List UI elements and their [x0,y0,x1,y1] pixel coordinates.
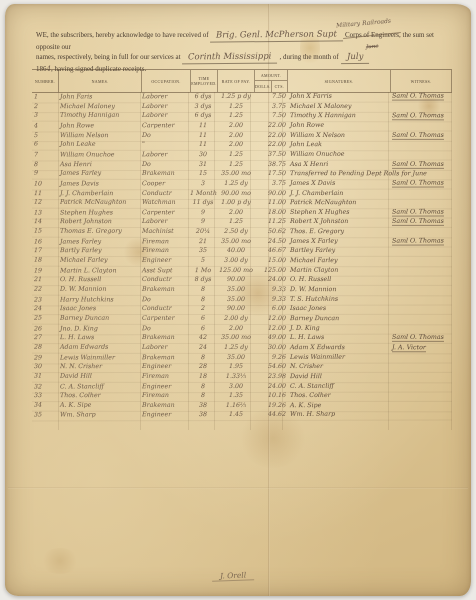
row-rate: 1.00 p dy [218,198,254,208]
row-no: 33 [34,391,58,401]
row-name: N. N. Crisher [60,362,142,372]
row-time: 38 [190,401,216,411]
row-signature: Thos. E. Gregory [290,227,398,237]
row-time: 28 [190,362,216,372]
row-rate: 90.00 [218,275,254,285]
row-occupation: Engineer [142,362,190,372]
row-signature: Patrick McNaughton [290,198,398,208]
row-signature: L. H. Laws [290,333,398,343]
row-occupation: Fireman [142,246,190,256]
row-occupation: Laborer [142,343,190,353]
row-signature: Robert X Johnston [290,217,398,227]
row-time: 24 [190,343,216,353]
row-amount: 9.33 [254,285,286,295]
row-signature: David Hill [290,372,398,382]
row-amount: 22.00 [254,140,286,150]
row-signature: Stephen X Hughes [290,207,398,217]
row-signature: Lewis Wainmiller [290,352,398,362]
row-time: 9 [190,208,216,218]
col-header-witness: WITNESS. [390,70,452,92]
row-time: 18 [190,372,216,382]
col-header-signatures: SIGNATURES. [287,70,390,92]
row-amount: 12.00 [254,323,286,333]
row-time: 8 [190,353,216,363]
col-header-occupation: OCCUPATION. [141,70,190,92]
row-amount: 10.16 [254,391,286,401]
row-occupation: Conductr [142,304,190,314]
row-signature: Martin Clayton [290,265,398,275]
row-time: 15 [190,169,216,179]
horizontal-fold-crease [8,487,468,489]
row-name: Timothy Hannigan [60,111,142,121]
col-header-rate: RATE OF PAY. [217,70,254,92]
row-no: 35 [34,411,58,421]
row-signature: Isaac Jones [290,304,398,314]
row-time: 8 dys [190,275,216,285]
row-name: Patrick McNaughton [60,198,142,208]
row-time: 2 [190,304,216,314]
row-amount: 3.75 [254,102,286,112]
row-no: 24 [34,304,58,314]
row-signature: Michael X Maloney [290,102,398,112]
row-occupation: Brakeman [142,169,190,179]
row-amount: 49.00 [254,333,286,343]
row-amount: 50.62 [254,227,286,237]
row-time: 5 [190,256,216,266]
row-witness: Saml O. Thomas [392,178,454,188]
row-rate: 90.00 [218,304,254,314]
row-amount: 6.00 [254,304,286,314]
row-rate: 35.00 mo [218,333,254,343]
row-signature: John X Farris [290,92,398,102]
row-rate: 2.50 dy [218,227,254,237]
row-no: 34 [34,400,58,410]
row-amount: 7.50 [254,92,286,102]
row-occupation: " [142,140,190,150]
row-name: Robert Johnston [60,217,142,227]
row-rate: 1.25 dy [218,343,254,353]
row-amount: 125.00 [254,266,286,276]
amount-label: AMOUNT. [255,70,287,81]
row-time: 21 [190,237,216,247]
dolls-label: DOLLS. [255,81,271,92]
row-witness: Saml O. Thomas [392,217,454,227]
row-amount: 54.60 [254,362,286,372]
row-amount: 22.00 [254,131,286,141]
row-signature: J. J. Chamberlain [290,188,398,198]
row-name: C. A. Stancliff [60,382,142,392]
row-signature: Transferred to Pending Dept Rolls for Ju… [290,169,398,179]
row-signature: John Rowe [290,121,398,131]
row-amount: 9.26 [254,352,286,362]
row-time: 9 [190,217,216,227]
row-name: Bartly Farley [60,246,142,256]
row-time: 38 [190,411,216,421]
row-signature: Thos. Colher [290,391,398,401]
table-header-row: NUMBER. NAMES. OCCUPATION. TIME EMPLOYED… [32,69,452,93]
row-time: 11 [190,121,216,131]
row-amount: 30.00 [254,343,286,353]
row-amount: 24.50 [254,237,286,247]
row-amount: 38.75 [254,160,286,170]
row-signature: Barney Duncan [290,314,398,324]
footer-signature: J. Orell [212,570,254,581]
row-rate: 2.00 [218,208,254,218]
row-rate: 1.25 [218,160,254,170]
row-rate: 1.25 p dy [218,92,254,102]
row-rate: 1.25 [218,217,254,227]
row-amount: 11.00 [254,198,286,208]
cts-label: CTS. [271,81,287,92]
row-signature: James X Davis [290,178,398,188]
row-occupation: Brakeman [142,401,190,411]
row-name: James Farley [60,169,142,179]
row-occupation: Fireman [142,391,190,401]
row-rate: 35.00 [218,285,254,295]
row-no: 1 [34,92,58,102]
row-signature: T. S. Hutchkins [290,294,398,304]
row-witness: Saml O. Thomas [392,130,454,140]
row-time: 35 [190,246,216,256]
col-header-number: NUMBER. [32,70,58,92]
table-body: 1John FarisLaborer6 dys1.25 p dy7.50John… [32,92,452,432]
row-no: 9 [34,169,58,179]
row-signature: John Leak [290,140,398,150]
row-occupation: Fireman [142,372,190,382]
row-no: 28 [34,343,58,353]
row-time: 1 Mo [190,266,216,276]
row-no: 12 [34,198,58,208]
month-blank: July [340,52,369,64]
row-amount: 12.00 [254,314,286,324]
row-rate: 2.00 [218,121,254,131]
row-name: John Faris [60,92,142,102]
row-time: 11 dys [190,198,216,208]
row-no: 25 [34,314,58,324]
row-rate: 2.00 [218,140,254,150]
row-amount: 23.98 [254,372,286,382]
row-rate: 3.00 dy [218,256,254,266]
col-header-names: NAMES. [58,70,141,92]
col-header-time: TIME EMPLOYED. [190,70,217,92]
row-occupation: Engineer [142,382,190,392]
row-signature: James X Farley [290,236,398,246]
row-occupation: Do [142,160,190,170]
row-name: Barney Duncan [60,314,142,324]
row-occupation: Carpenter [142,314,190,324]
row-rate: 1.35 [218,391,254,401]
printed-text-struck: Corps of Engineers, [345,31,401,39]
row-no: 7 [34,150,58,160]
row-amount: 7.50 [254,111,286,121]
row-no: 18 [34,256,58,266]
row-rate: 125.00 mo [218,266,254,276]
place-blank: Corinth Mississippi [182,52,277,64]
row-no: 22 [34,285,58,295]
row-signature: N. Crisher [290,362,398,372]
row-name: John Rowe [60,121,142,131]
row-occupation: Engineer [142,411,190,421]
row-no: 3 [34,111,58,121]
row-occupation: Laborer [142,111,190,121]
row-time: 6 [190,314,216,324]
table-row: 35Wm. SharpEngineer381.4544.62Wm. H. Sha… [32,410,452,422]
row-time: 1 Month [190,189,216,199]
row-occupation: Laborer [142,150,190,160]
row-occupation: Brakeman [142,333,190,343]
row-amount: 90.00 [254,188,286,198]
row-occupation: Engineer [142,256,190,266]
row-name: O. H. Russell [60,275,142,285]
printed-text: WE, the subscribers, hereby acknowledge … [36,31,209,39]
row-signature: Michael Farley [290,256,398,266]
row-time: 30 [190,150,216,160]
row-occupation: Do [142,131,190,141]
row-witness: J. A. Victor [392,343,454,353]
row-time: 20¼ [190,227,216,237]
row-time: 3 dys [190,102,216,112]
row-occupation: Do [142,324,190,334]
row-signature: Bartley Farley [290,246,398,256]
row-time: 11 [190,131,216,141]
row-no: 10 [34,179,58,189]
row-rate: 1.25 [218,150,254,160]
row-no: 6 [34,140,58,150]
row-name: Michael Farley [60,256,142,266]
row-no: 27 [34,333,58,343]
row-signature: C. A. Stancliff [290,381,398,391]
row-signature: Adam X Edwards [290,343,398,353]
row-amount: 22.00 [254,121,286,131]
row-name: Isaac Jones [60,304,142,314]
row-amount: 46.67 [254,246,286,256]
row-rate: 90.00 mo [218,188,254,198]
row-occupation: Laborer [142,102,190,112]
row-occupation: Machinist [142,227,190,237]
row-amount: 11.25 [254,217,286,227]
row-time: 42 [190,333,216,343]
row-time: 8 [190,285,216,295]
row-occupation: Watchman [142,198,190,208]
row-signature: D. W. Mannion [290,285,398,295]
row-name: A. K. Sipe [60,401,142,411]
row-time: 31 [190,160,216,170]
row-signature: William Onuchoe [290,149,398,159]
printed-text: , during the month of [279,53,338,61]
row-rate: 1.16⅔ [218,401,254,411]
row-amount: 15.00 [254,256,286,266]
row-signature: J. D. King [290,323,398,333]
row-occupation: Do [142,295,190,305]
row-name: William Onuchoe [60,150,142,160]
row-no: 15 [34,227,58,237]
row-witness: Saml O. Thomas [392,333,454,343]
row-time: 11 [190,140,216,150]
row-occupation: Asst Supt [142,266,190,276]
row-time: 8 [190,382,216,392]
row-occupation: Conductr [142,189,190,199]
row-rate: 35.00 mo [218,237,254,247]
row-rate: 40.00 [218,246,254,256]
row-occupation: Carpenter [142,121,190,131]
row-occupation: Brakeman [142,285,190,295]
row-rate: 2.00 dy [218,314,254,324]
row-amount: 24.00 [254,275,286,285]
row-rate: 1.25 [218,111,254,121]
row-amount: 24.00 [254,381,286,391]
row-time: 6 dys [190,92,216,102]
row-amount: 17.50 [254,169,286,179]
row-name: Wm. Sharp [60,411,142,421]
row-rate: 1.25 [218,102,254,112]
col-header-amount: AMOUNT. DOLLS. CTS. [254,70,287,92]
row-no: 21 [34,275,58,285]
printed-text: names, respectively, being in full for o… [36,53,181,61]
form-header-text: WE, the subscribers, hereby acknowledge … [36,30,450,74]
row-name: James Davis [60,179,142,189]
row-rate: 3.00 [218,381,254,391]
row-amount: 9.33 [254,295,286,305]
row-amount: 3.75 [254,179,286,189]
row-rate: 2.00 [218,131,254,141]
row-rate: 1.25 dy [218,179,254,189]
row-name: J. J. Chamberlain [60,189,142,199]
row-name: Thomas E. Gregory [60,227,142,237]
row-signature: Asa X Henri [290,159,398,169]
row-name: D. W. Mannion [60,285,142,295]
row-time: 3 [190,179,216,189]
row-amount: 44.62 [254,410,286,420]
row-signature: Wm. H. Sharp [290,410,398,420]
row-occupation: Cooper [142,179,190,189]
row-signature: William X Nelson [290,131,398,141]
row-name: David Hill [60,372,142,382]
row-occupation: Brakeman [142,353,190,363]
row-occupation: Laborer [142,217,190,227]
row-occupation: Laborer [142,92,190,102]
row-name: Adam Edwards [60,343,142,353]
row-no: 31 [34,372,58,382]
row-no: 11 [34,189,58,199]
row-witness: Saml O. Thomas [392,91,454,101]
row-rate: 2.00 [218,324,254,334]
row-time: 8 [190,391,216,401]
row-no: 30 [34,362,58,372]
row-rate: 1.95 [218,362,254,372]
row-rate: 1.33⅓ [218,372,254,382]
row-signature: Timothy X Hannigan [290,111,398,121]
row-name: L. H. Laws [60,333,142,343]
row-amount: 18.00 [254,208,286,218]
row-witness: Saml O. Thomas [392,159,454,169]
row-rate: 1.45 [218,410,254,420]
row-time: 6 [190,324,216,334]
row-time: 8 [190,295,216,305]
row-rate: 35.00 [218,353,254,363]
row-no: 17 [34,246,58,256]
row-amount: 37.50 [254,150,286,160]
row-witness: Saml O. Thomas [392,236,454,246]
row-time: 6 dys [190,111,216,121]
row-rate: 35.00 [218,295,254,305]
scanned-document-page: Military Railroads June WE, the subscrib… [0,0,476,600]
row-no: 14 [34,218,58,228]
row-signature: O. H. Russell [290,275,398,285]
row-witness: Saml O. Thomas [392,207,454,217]
row-name: Asa Henri [60,160,142,170]
row-rate: 35.00 mo [218,169,254,179]
received-of-blank: Brig. Genl. McPherson Supt [210,29,343,42]
row-name: John Leake [60,140,142,150]
row-no: 4 [34,121,58,131]
row-occupation: Conductr [142,275,190,285]
row-name: Thos. Colher [60,391,142,401]
